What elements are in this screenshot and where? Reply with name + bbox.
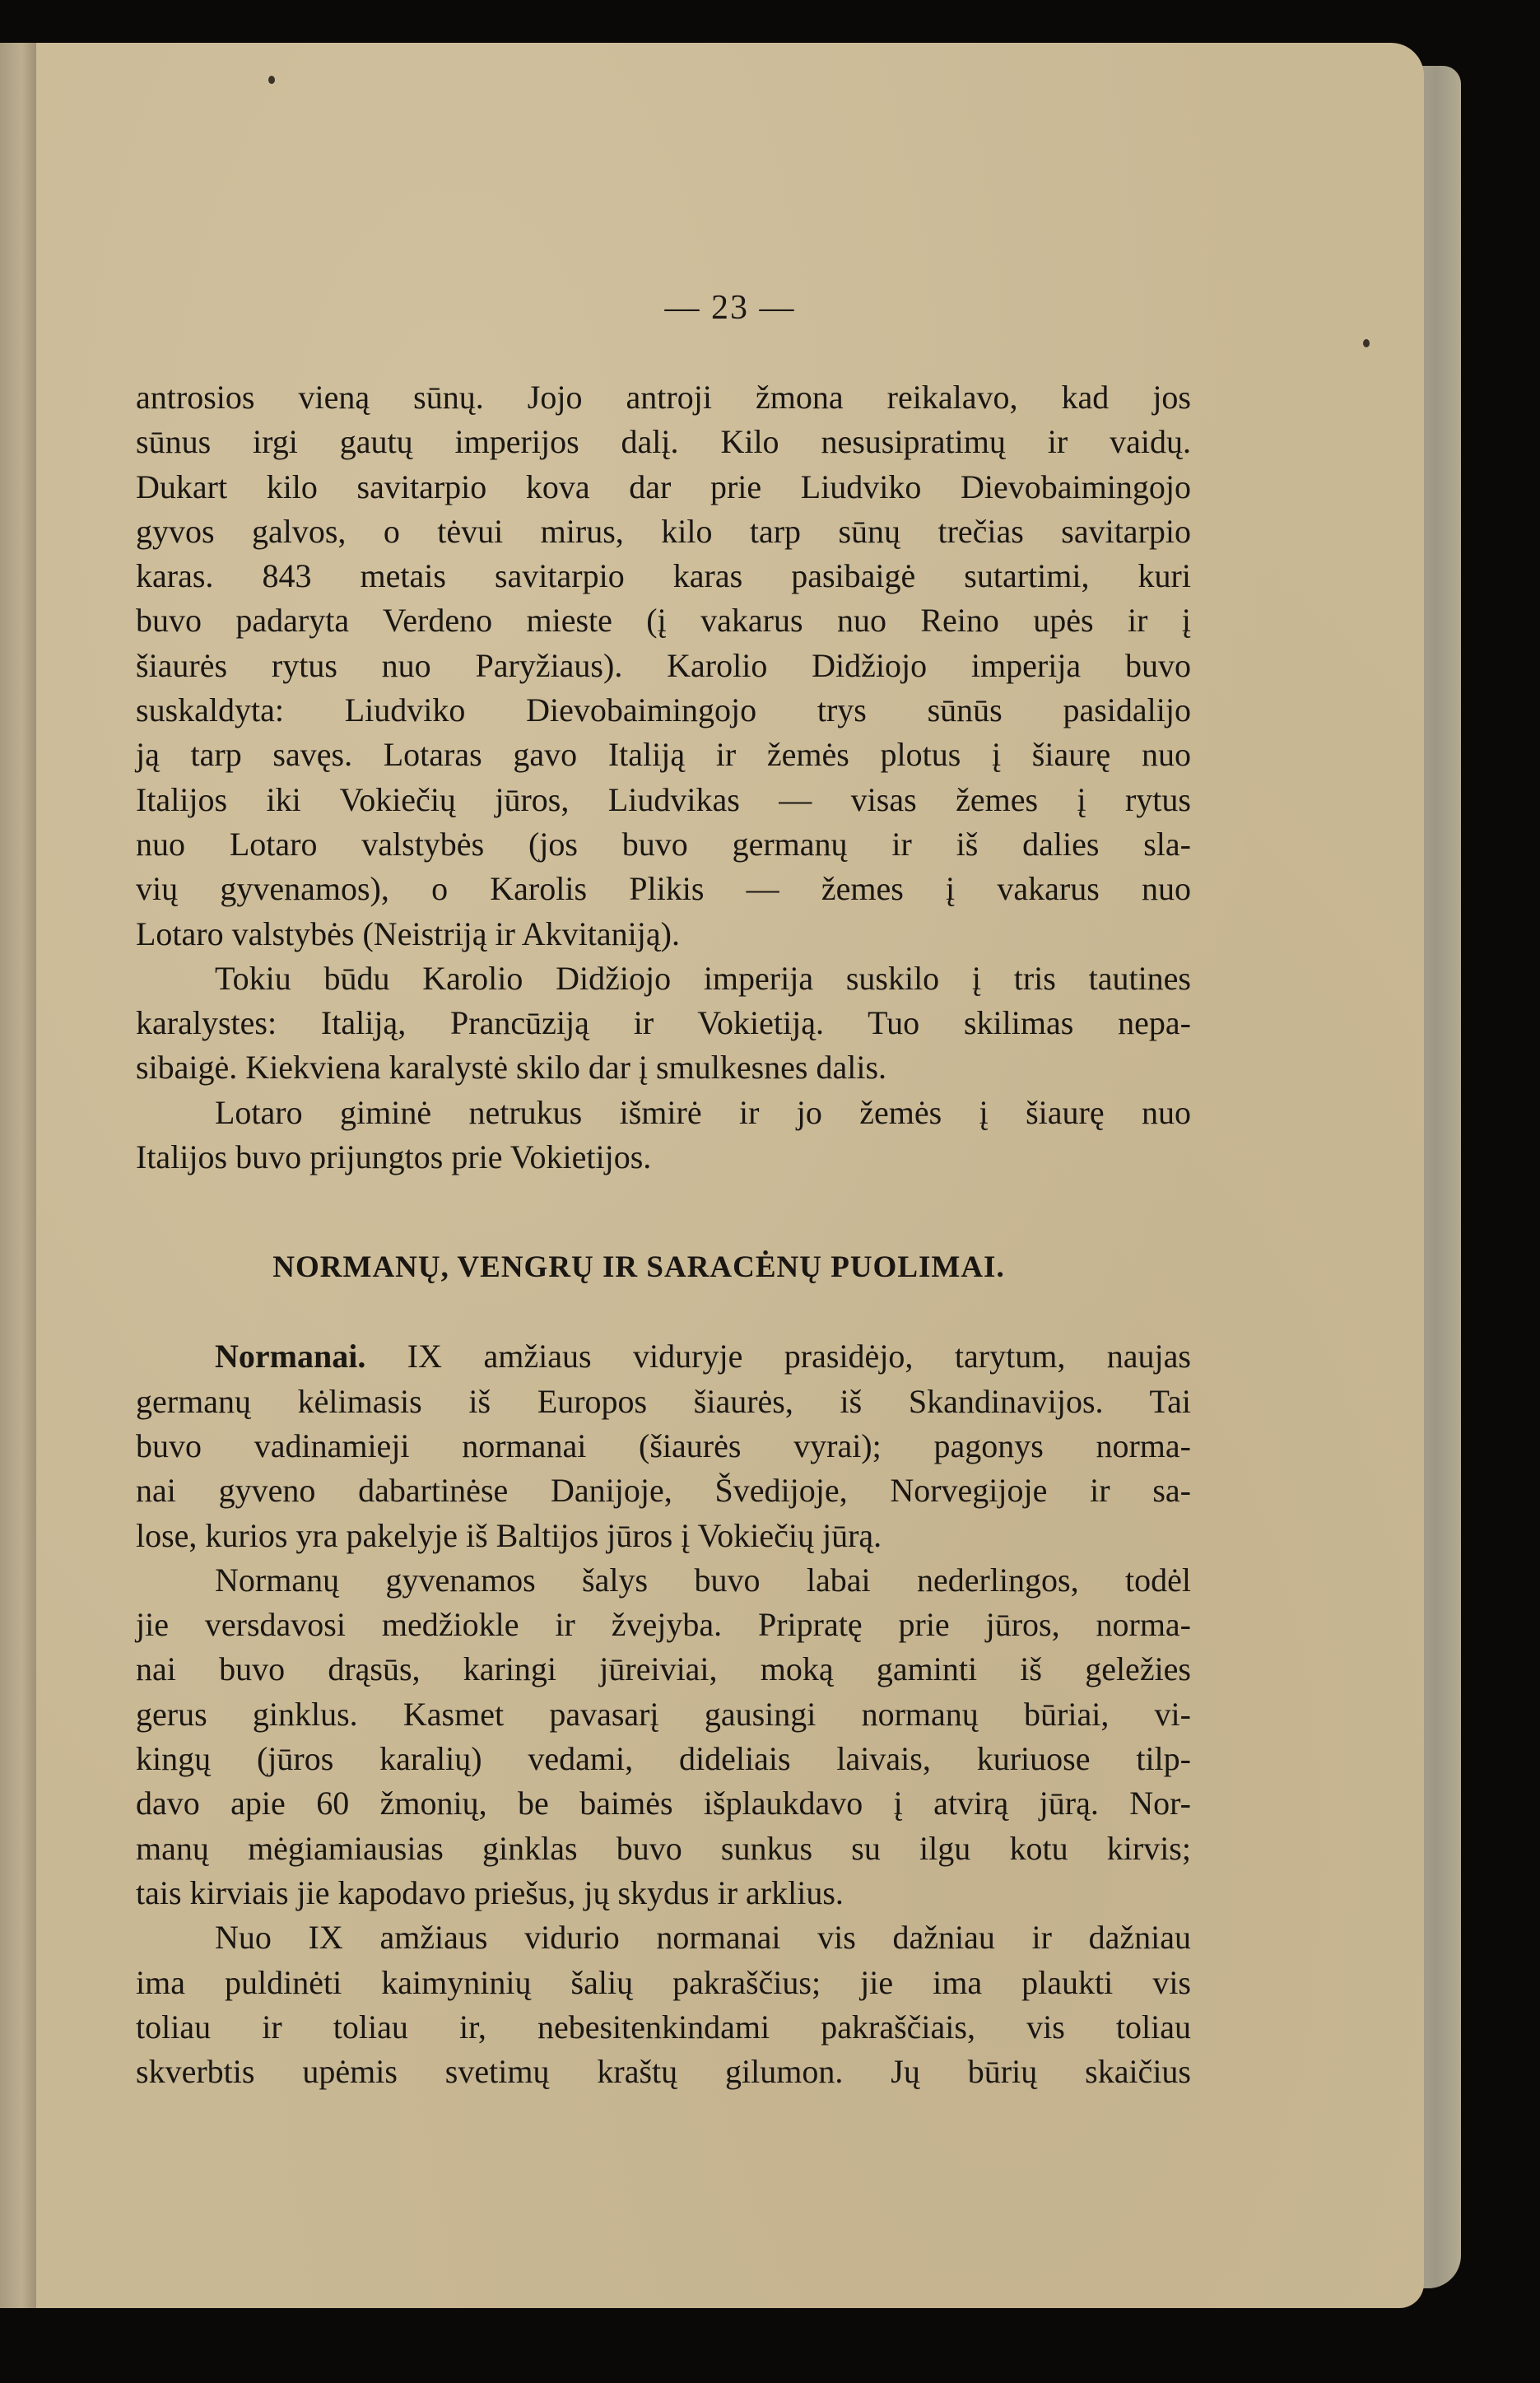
text-line: gerus ginklus. Kasmet pavasarį gausingi … [136, 1692, 1191, 1737]
text-line: davo apie 60 žmonių, be baimės išplaukda… [136, 1781, 1191, 1826]
body-text: antrosios vieną sūnų. Jojo antroji žmona… [136, 375, 1191, 2094]
text-line: suskaldyta: Liudviko Dievobaimingojo try… [136, 688, 1191, 733]
book-page: — 23 — antrosios vieną sūnų. Jojo antroj… [36, 43, 1424, 2308]
text-line: šiaurės rytus nuo Paryžiaus). Karolio Di… [136, 644, 1191, 688]
text-line: Normanai. IX amžiaus viduryje prasidėjo,… [136, 1334, 1191, 1379]
text-line: Italijos buvo prijungtos prie Vokietijos… [136, 1135, 1191, 1180]
paper-speck [1363, 339, 1370, 347]
text-line: lose, kurios yra pakelyje iš Baltijos jū… [136, 1514, 1191, 1558]
text-line: Dukart kilo savitarpio kova dar prie Liu… [136, 465, 1191, 510]
section-heading: NORMANŲ, VENGRŲ IR SARACĖNŲ PUOLIMAI. [136, 1245, 1191, 1290]
text-line: Nuo IX amžiaus vidurio normanai vis dažn… [136, 1915, 1191, 1960]
text-line: buvo vadinamieji normanai (šiaurės vyrai… [136, 1424, 1191, 1468]
text-line: nai buvo drąsūs, karingi jūreiviai, moką… [136, 1647, 1191, 1692]
text-line: Tokiu būdu Karolio Didžiojo imperija sus… [136, 956, 1191, 1001]
text-line: manų mėgiamiausias ginklas buvo sunkus s… [136, 1827, 1191, 1871]
text-line: nai gyveno dabartinėse Danijoje, Švedijo… [136, 1468, 1191, 1513]
text-line: ima puldinėti kaimyninių šalių pakraščiu… [136, 1961, 1191, 2005]
text-line: antrosios vieną sūnų. Jojo antroji žmona… [136, 375, 1191, 420]
text-line: buvo padaryta Verdeno mieste (į vakarus … [136, 598, 1191, 643]
text-line: sibaigė. Kiekviena karalystė skilo dar į… [136, 1045, 1191, 1090]
text-run: IX amžiaus viduryje prasidėjo, tarytum, … [365, 1338, 1191, 1375]
text-line: germanų kėlimasis iš Europos šiaurės, iš… [136, 1380, 1191, 1424]
text-line: karas. 843 metais savitarpio karas pasib… [136, 554, 1191, 598]
text-line: karalystes: Italiją, Prancūziją ir Vokie… [136, 1001, 1191, 1045]
paper-speck [268, 76, 275, 84]
text-line: nuo Lotaro valstybės (jos buvo germanų i… [136, 822, 1191, 867]
text-line: kingų (jūros karalių) vedami, dideliais … [136, 1737, 1191, 1781]
page-number: — 23 — [36, 288, 1424, 328]
text-line: skverbtis upėmis svetimų kraštų gilumon.… [136, 2050, 1191, 2094]
text-line: Lotaro valstybės (Neistriją ir Akvitanij… [136, 912, 1191, 956]
spacer [136, 1290, 1191, 1334]
book-binding-edge [0, 43, 36, 2308]
text-line: vių gyvenamos), o Karolis Plikis — žemes… [136, 867, 1191, 911]
text-line: Italijos iki Vokiečių jūros, Liudvikas —… [136, 778, 1191, 822]
text-line: jie versdavosi medžiokle ir žvejyba. Pri… [136, 1603, 1191, 1647]
text-line: tais kirviais jie kapodavo priešus, jų s… [136, 1871, 1191, 1915]
paragraph-lead: Normanai. [215, 1338, 365, 1375]
text-line: Lotaro giminė netrukus išmirė ir jo žemė… [136, 1091, 1191, 1135]
text-line: gyvos galvos, o tėvui mirus, kilo tarp s… [136, 510, 1191, 554]
text-line: sūnus irgi gautų imperijos dalį. Kilo ne… [136, 420, 1191, 464]
text-line: Normanų gyvenamos šalys buvo labai neder… [136, 1558, 1191, 1603]
text-line: ją tarp savęs. Lotaras gavo Italiją ir ž… [136, 733, 1191, 777]
spacer [136, 1180, 1191, 1245]
text-line: toliau ir toliau ir, nebesitenkindami pa… [136, 2005, 1191, 2050]
